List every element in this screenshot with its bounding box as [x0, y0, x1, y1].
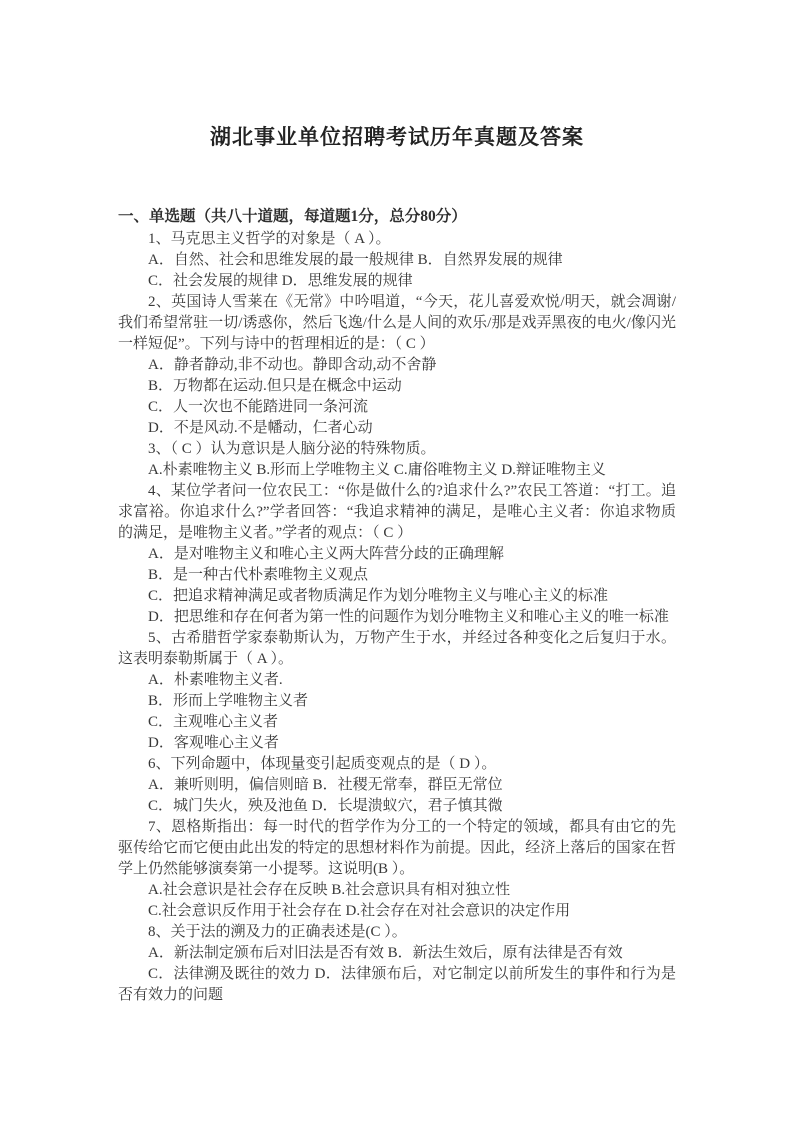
question-2-stem: 2、英国诗人雪莱在《无常》中吟唱道，“今天，花儿喜爱欢悦/明天，就会凋谢/我们希… [118, 292, 676, 355]
question-4-option-line-1: A．是对唯物主义和唯心主义两大阵营分歧的正确理解 [118, 544, 676, 565]
question-8-option-line-2: C．法律溯及既往的效力 D．法律颁布后，对它制定以前所发生的事件和行为是否有效力… [118, 964, 676, 1006]
question-5-stem: 5、古希腊哲学家泰勒斯认为，万物产生于水，并经过各种变化之后复归于水。这表明泰勒… [118, 628, 676, 670]
question-5-option-line-1: A．朴素唯物主义者. [118, 670, 676, 691]
question-4-option-line-4: D．把思维和存在何者为第一性的问题作为划分唯物主义和唯心主义的唯一标准 [118, 607, 676, 628]
question-7-option-line-1: A.社会意识是社会存在反映 B.社会意识具有相对独立性 [118, 880, 676, 901]
question-3-stem: 3、（ C ）认为意识是人脑分泌的特殊物质。 [118, 439, 676, 460]
question-7-option-line-2: C.社会意识反作用于社会存在 D.社会存在对社会意识的决定作用 [118, 901, 676, 922]
question-1-option-line-2: C．社会发展的规律 D．思维发展的规律 [118, 271, 676, 292]
question-1-stem: 1、马克思主义哲学的对象是（ A ）。 [118, 229, 676, 250]
question-5-option-line-3: C．主观唯心主义者 [118, 712, 676, 733]
question-8-stem: 8、关于法的溯及力的正确表述是(C ）。 [118, 922, 676, 943]
questions-container: 1、马克思主义哲学的对象是（ A ）。A．自然、社会和思维发展的最一般规律 B．… [118, 229, 676, 1006]
section-heading: 一、单选题（共八十道题，每道题1分，总分80分） [118, 206, 676, 228]
question-5-option-line-2: B．形而上学唯物主义者 [118, 691, 676, 712]
question-4-option-line-3: C．把追求精神满足或者物质满足作为划分唯物主义与唯心主义的标准 [118, 586, 676, 607]
question-2-option-line-4: D．不是风动.不是幡动，仁者心动 [118, 418, 676, 439]
question-6-option-line-2: C．城门失火，殃及池鱼 D．长堤溃蚁穴，君子慎其微 [118, 796, 676, 817]
question-5-option-line-4: D．客观唯心主义者 [118, 733, 676, 754]
document-title: 湖北事业单位招聘考试历年真题及答案 [118, 122, 676, 152]
question-4-option-line-2: B．是一种古代朴素唯物主义观点 [118, 565, 676, 586]
question-2-option-line-1: A．静者静动,非不动也。静即含动,动不舍静 [118, 355, 676, 376]
question-4-stem: 4、某位学者问一位农民工：“你是做什么的?追求什么?”农民工答道：“打工。追求富… [118, 481, 676, 544]
question-2-option-line-2: B．万物都在运动.但只是在概念中运动 [118, 376, 676, 397]
question-7-stem: 7、恩格斯指出：每一时代的哲学作为分工的一个特定的领域，都具有由它的先驱传给它而… [118, 817, 676, 880]
question-6-stem: 6、下列命题中，体现量变引起质变观点的是（ D ）。 [118, 754, 676, 775]
question-8-option-line-1: A．新法制定颁布后对旧法是否有效 B．新法生效后，原有法律是否有效 [118, 943, 676, 964]
question-1-option-line-1: A．自然、社会和思维发展的最一般规律 B．自然界发展的规律 [118, 250, 676, 271]
document-page: 湖北事业单位招聘考试历年真题及答案 一、单选题（共八十道题，每道题1分，总分80… [0, 0, 794, 1123]
question-2-option-line-3: C．人一次也不能踏进同一条河流 [118, 397, 676, 418]
question-3-option-line-1: A.朴素唯物主义 B.形而上学唯物主义 C.庸俗唯物主义 D.辩证唯物主义 [118, 460, 676, 481]
question-6-option-line-1: A．兼听则明，偏信则暗 B．社稷无常奉，群臣无常位 [118, 775, 676, 796]
